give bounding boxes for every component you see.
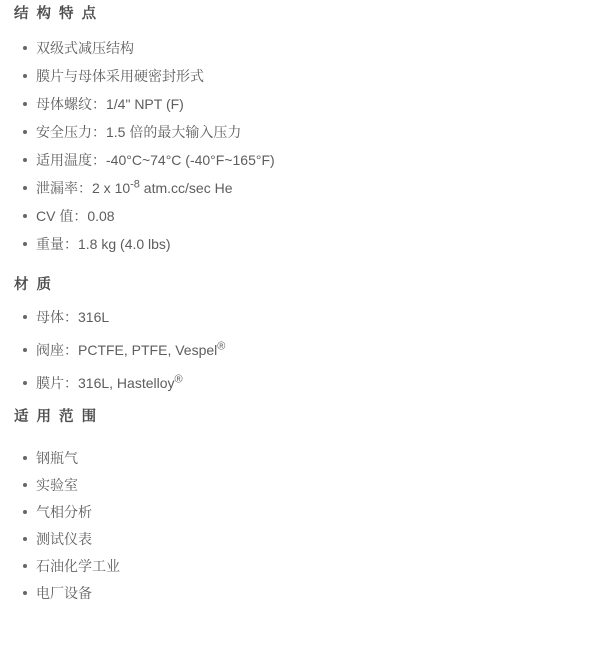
spec-text: 双级式减压结构 [36, 40, 134, 56]
spec-item: 实验室 [14, 478, 571, 493]
spec-text: 测试仪表 [36, 531, 92, 547]
spec-document: 结 构 特 点 双级式减压结构 膜片与母体采用硬密封形式 母体螺纹：1/4" N… [0, 0, 591, 647]
section-features: 结 构 特 点 双级式减压结构 膜片与母体采用硬密封形式 母体螺纹：1/4" N… [14, 6, 571, 252]
spec-text: 电厂设备 [36, 585, 92, 601]
feature-list: 双级式减压结构 膜片与母体采用硬密封形式 母体螺纹：1/4" NPT (F) 安… [14, 41, 571, 252]
bullet-icon [23, 130, 27, 134]
spec-text: 母体螺纹：1/4" NPT (F) [36, 96, 184, 112]
bullet-icon [23, 456, 27, 460]
spec-item: 阀座：PCTFE, PTFE, Vespel® [14, 343, 571, 358]
spec-item: 膜片与母体采用硬密封形式 [14, 69, 571, 84]
spec-item: 母体螺纹：1/4" NPT (F) [14, 97, 571, 112]
spec-text: 实验室 [36, 477, 78, 493]
spec-text: 膜片与母体采用硬密封形式 [36, 68, 204, 84]
spec-text: 气相分析 [36, 504, 92, 520]
bullet-icon [23, 564, 27, 568]
registered-trademark-icon: ® [175, 373, 183, 385]
spec-text: CV 值：0.08 [36, 208, 115, 224]
spec-item: CV 值：0.08 [14, 209, 571, 224]
spec-item: 测试仪表 [14, 532, 571, 547]
spec-text: 适用温度：-40°C~74°C (-40°F~165°F) [36, 152, 275, 168]
bullet-icon [23, 102, 27, 106]
spec-text-prefix: 泄漏率：2 x 10 [36, 180, 130, 196]
section-applications: 适 用 范 围 钢瓶气 实验室 气相分析 测试仪表 石油化学工业 电厂设备 [14, 409, 571, 601]
bullet-icon [23, 214, 27, 218]
spec-item: 双级式减压结构 [14, 41, 571, 56]
spec-item: 安全压力：1.5 倍的最大输入压力 [14, 125, 571, 140]
bullet-icon [23, 348, 27, 352]
spec-text: 母体：316L [36, 309, 109, 325]
bullet-icon [23, 510, 27, 514]
bullet-icon [23, 483, 27, 487]
spec-text-prefix: 阀座：PCTFE, PTFE, Vespel [36, 342, 217, 358]
bullet-icon [23, 158, 27, 162]
bullet-icon [23, 315, 27, 319]
section-heading-materials: 材 质 [14, 277, 571, 293]
superscript-exponent: -8 [130, 178, 140, 190]
section-heading-applications: 适 用 范 围 [14, 409, 571, 425]
spec-item: 重量：1.8 kg (4.0 lbs) [14, 237, 571, 252]
spec-text: 泄漏率：2 x 10-8 atm.cc/sec He [36, 180, 233, 196]
spec-item: 钢瓶气 [14, 451, 571, 466]
spec-text: 石油化学工业 [36, 558, 120, 574]
spec-item: 泄漏率：2 x 10-8 atm.cc/sec He [14, 181, 571, 196]
spec-text: 膜片：316L, Hastelloy® [36, 375, 183, 391]
spec-item: 电厂设备 [14, 586, 571, 601]
spec-item: 母体：316L [14, 310, 571, 325]
section-materials: 材 质 母体：316L 阀座：PCTFE, PTFE, Vespel® 膜片：3… [14, 277, 571, 391]
spec-text: 钢瓶气 [36, 450, 78, 466]
registered-trademark-icon: ® [217, 340, 225, 352]
spec-text: 安全压力：1.5 倍的最大输入压力 [36, 124, 241, 140]
spec-text: 阀座：PCTFE, PTFE, Vespel® [36, 342, 225, 358]
spec-item: 膜片：316L, Hastelloy® [14, 376, 571, 391]
bullet-icon [23, 591, 27, 595]
application-list: 钢瓶气 实验室 气相分析 测试仪表 石油化学工业 电厂设备 [14, 451, 571, 601]
spec-item: 适用温度：-40°C~74°C (-40°F~165°F) [14, 153, 571, 168]
spec-item: 气相分析 [14, 505, 571, 520]
spec-text-suffix: atm.cc/sec He [140, 180, 233, 196]
spec-text: 重量：1.8 kg (4.0 lbs) [36, 236, 171, 252]
bullet-icon [23, 537, 27, 541]
bullet-icon [23, 46, 27, 50]
material-list: 母体：316L 阀座：PCTFE, PTFE, Vespel® 膜片：316L,… [14, 310, 571, 391]
spec-text-prefix: 膜片：316L, Hastelloy [36, 375, 175, 391]
section-heading-features: 结 构 特 点 [14, 6, 571, 22]
bullet-icon [23, 74, 27, 78]
spec-item: 石油化学工业 [14, 559, 571, 574]
bullet-icon [23, 242, 27, 246]
bullet-icon [23, 381, 27, 385]
bullet-icon [23, 186, 27, 190]
